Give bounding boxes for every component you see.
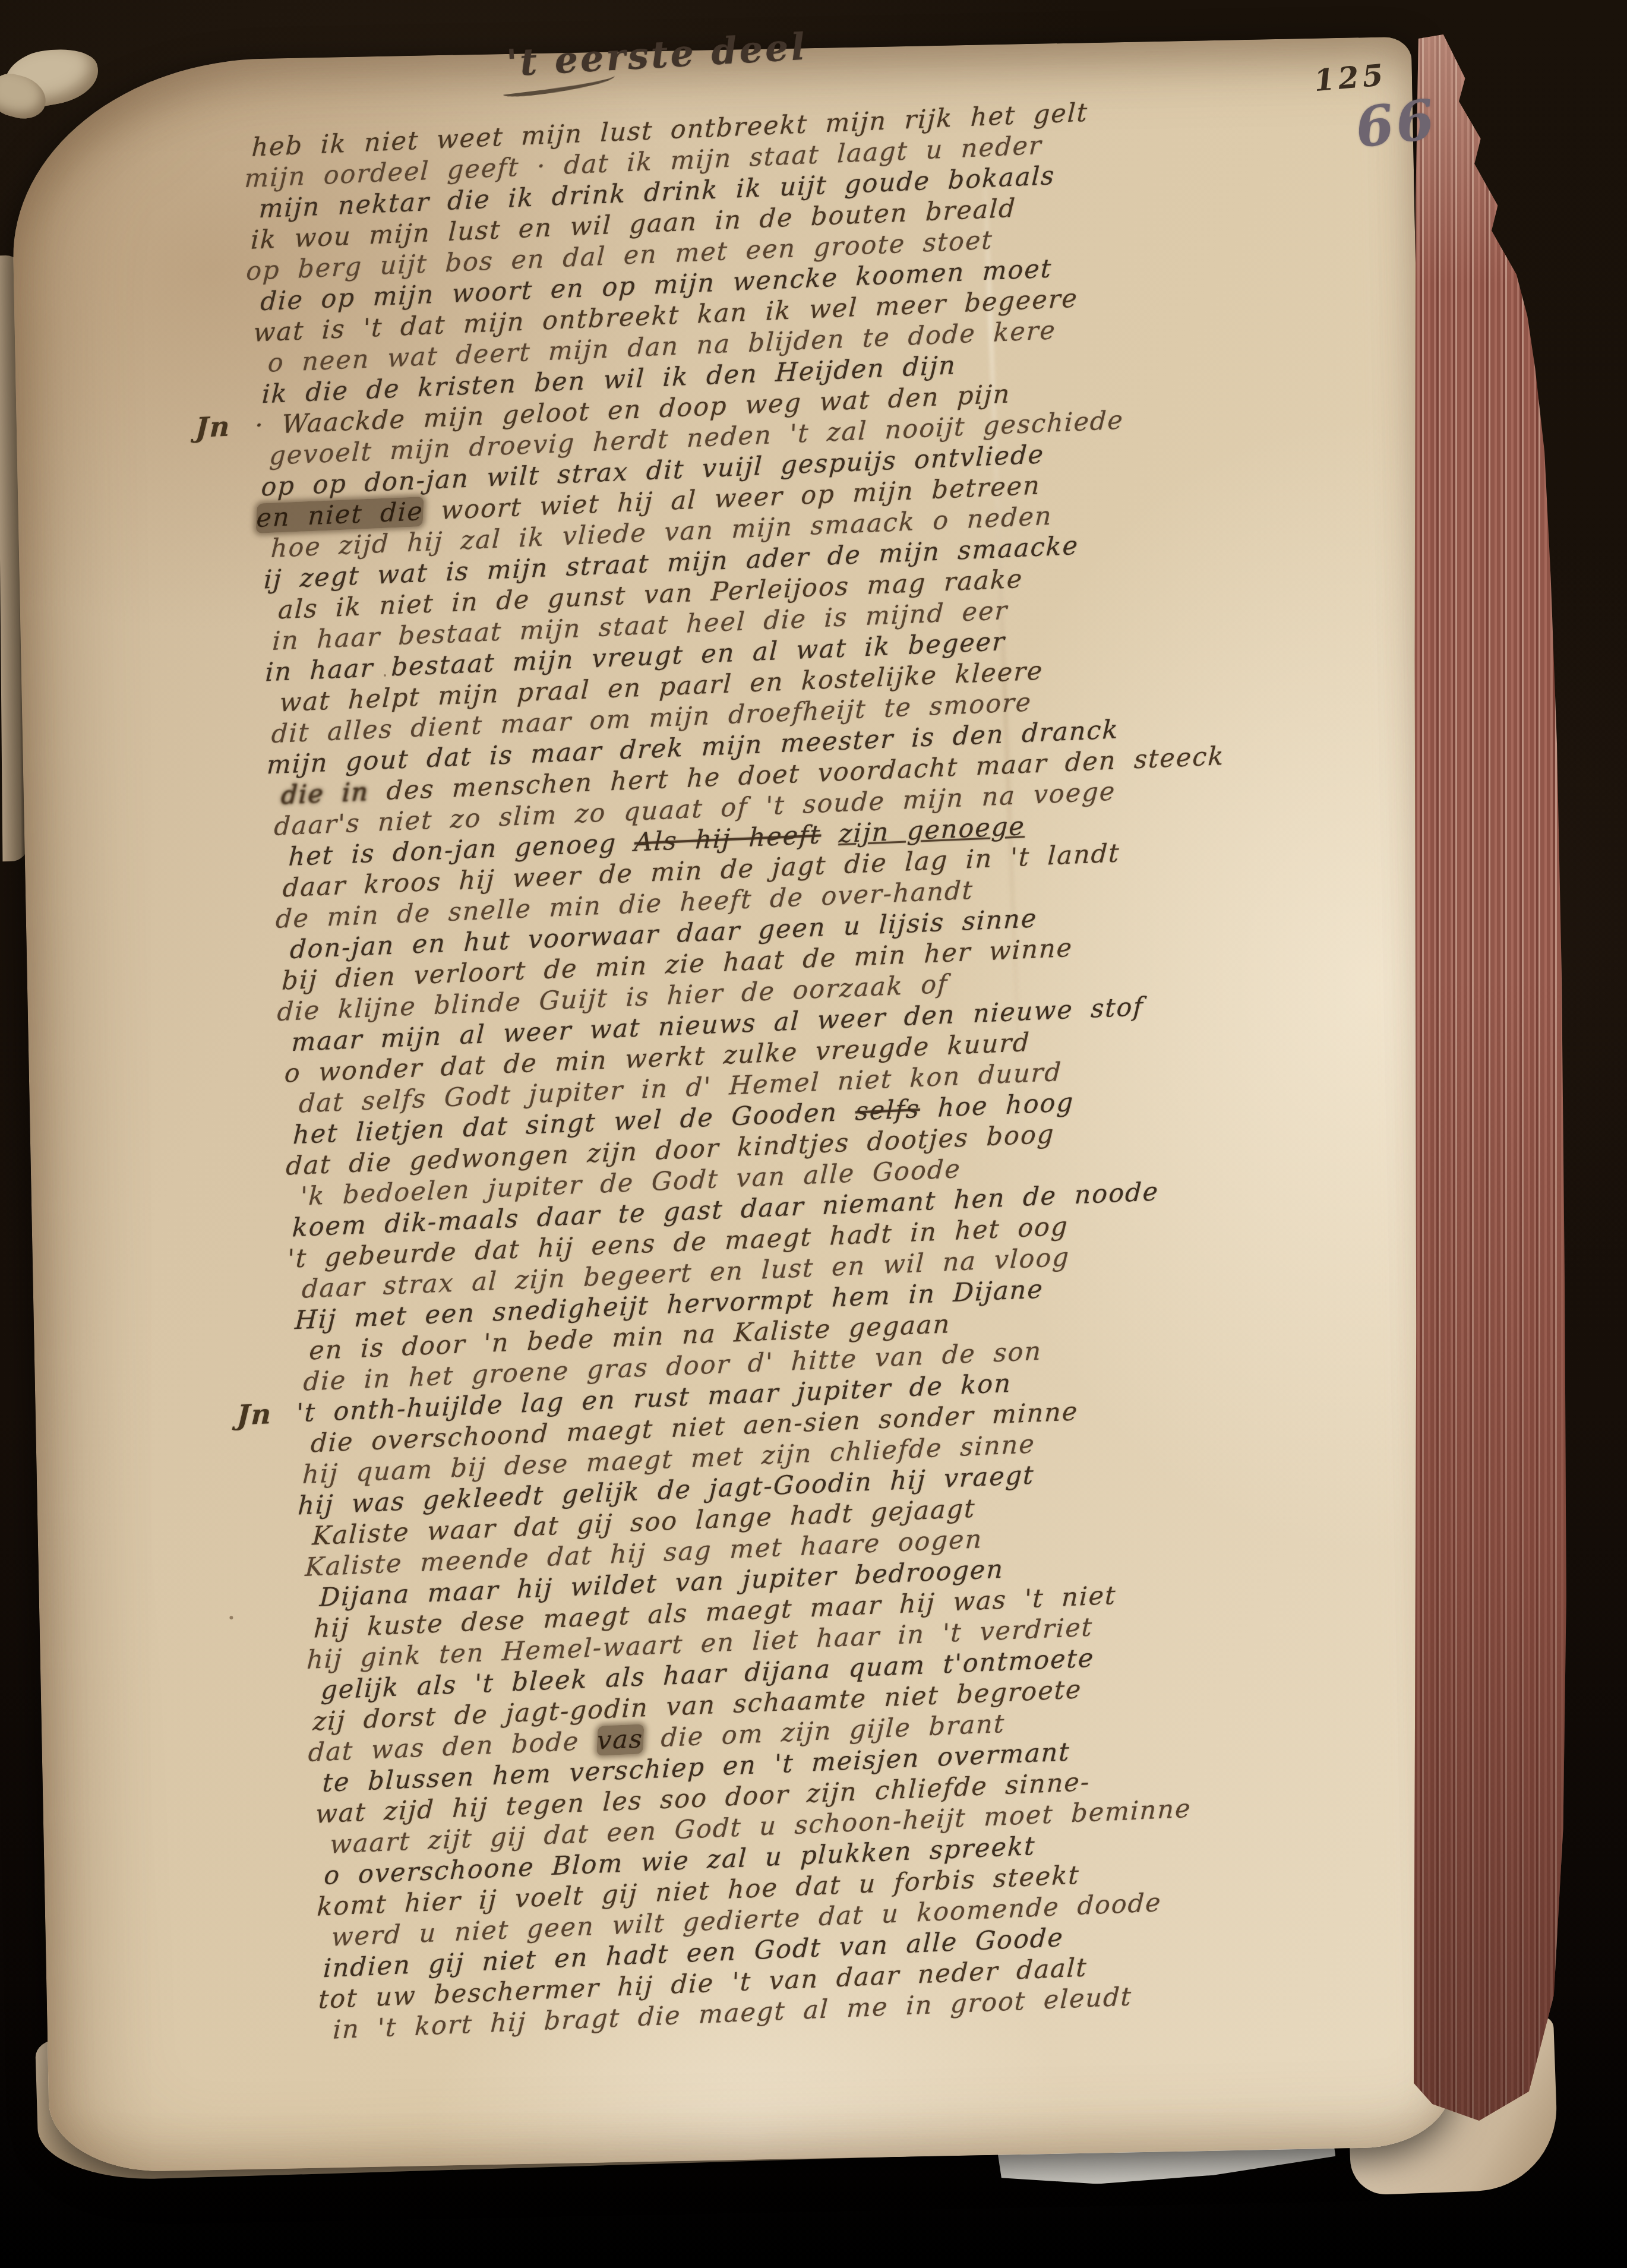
red-sprinkled-fore-edge — [1414, 34, 1569, 2121]
margin-mark: Jn — [236, 1400, 273, 1429]
margin-mark: Jn — [195, 412, 231, 441]
paper-speck — [229, 1616, 233, 1619]
folio-number-new: 66 — [1353, 91, 1439, 156]
manuscript-lines: heb ik niet weet mijn lust ontbreekt mij… — [240, 89, 1376, 2046]
photo-of-open-manuscript-book: h. 't eerste deel 125 66 heb ik niet wee… — [0, 0, 1627, 2268]
folio-number-old: 125 — [1313, 60, 1388, 96]
